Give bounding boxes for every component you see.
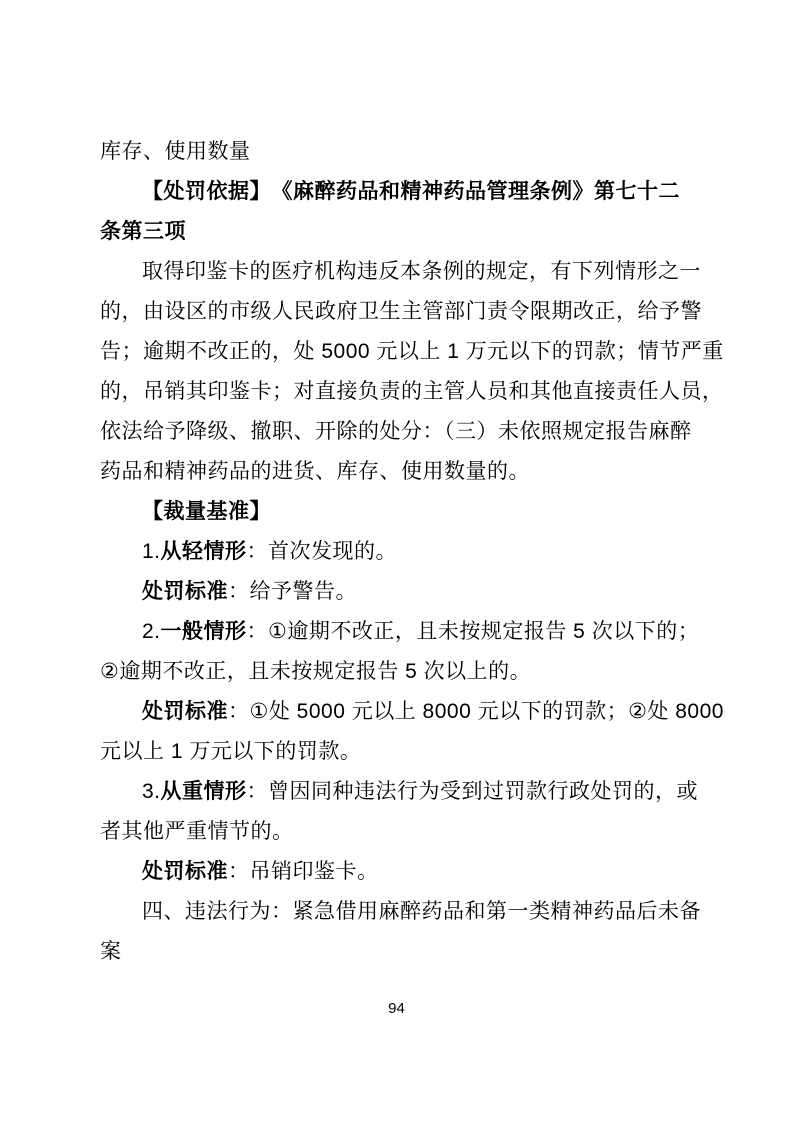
text-segment: 的，由设区的市级人民政府卫生主管部门责令限期改正，给予警 — [100, 300, 702, 323]
text-segment: ：吊销印鉴卡。 — [228, 860, 379, 883]
text-line: 3.从重情形：曾因同种违法行为受到过罚款行政处罚的，或 — [100, 772, 706, 812]
text-line: 2.一般情形：①逾期不改正，且未按规定报告 5 次以下的； — [100, 612, 706, 652]
text-line: 四、违法行为：紧急借用麻醉药品和第一类精神药品后未备 — [100, 892, 706, 932]
text-segment: 1. — [142, 540, 161, 563]
document-page: 库存、使用数量【处罚依据】 《麻醉药品和精神药品管理条例》第七十二条第三项取得印… — [0, 0, 793, 1122]
text-segment: 库存、使用数量 — [100, 140, 251, 163]
bold-text-segment: 从轻情形 — [161, 540, 247, 563]
text-line: 药品和精神药品的进货、库存、使用数量的。 — [100, 452, 706, 492]
text-segment: 3. — [142, 780, 161, 803]
text-line: 的，吊销其印鉴卡；对直接负责的主管人员和其他直接责任人员， — [100, 372, 706, 412]
text-line: 【处罚依据】 《麻醉药品和精神药品管理条例》第七十二 — [100, 172, 706, 212]
text-line: 处罚标准：给予警告。 — [100, 572, 706, 612]
bold-text-segment: 条第三项 — [100, 220, 186, 243]
bold-text-segment: 一般情形 — [161, 620, 247, 643]
text-segment: ：曾因同种违法行为受到过罚款行政处罚的，或 — [247, 780, 699, 803]
text-line: 取得印鉴卡的医疗机构违反本条例的规定，有下列情形之一 — [100, 252, 706, 292]
text-segment: 取得印鉴卡的医疗机构违反本条例的规定，有下列情形之一 — [142, 260, 701, 283]
text-line: 处罚标准：吊销印鉴卡。 — [100, 852, 706, 892]
text-segment: ：①处 5000 元以上 8000 元以下的罚款；②处 8000 — [228, 700, 724, 723]
text-line: 条第三项 — [100, 212, 706, 252]
bold-text-segment: 从重情形 — [161, 780, 247, 803]
text-segment: ：首次发现的。 — [247, 540, 398, 563]
text-line: 处罚标准：①处 5000 元以上 8000 元以下的罚款；②处 8000 — [100, 692, 706, 732]
text-line: 【裁量基准】 — [100, 492, 706, 532]
text-segment: 告；逾期不改正的，处 5000 元以上 1 万元以下的罚款；情节严重 — [100, 340, 724, 363]
page-number: 94 — [0, 999, 793, 1019]
text-segment: 依法给予降级、撤职、开除的处分：（三）未依照规定报告麻醉 — [100, 420, 692, 443]
text-segment: ②逾期不改正，且未按规定报告 5 次以上的。 — [100, 660, 531, 683]
bold-text-segment: 处罚标准 — [142, 700, 228, 723]
text-segment: ：给予警告。 — [228, 580, 357, 603]
bold-text-segment: 处罚标准 — [142, 580, 228, 603]
text-line: 案 — [100, 932, 706, 972]
text-line: 库存、使用数量 — [100, 132, 706, 172]
text-line: 1.从轻情形：首次发现的。 — [100, 532, 706, 572]
bold-text-segment: 【处罚依据】 《麻醉药品和精神药品管理条例》第七十二 — [142, 180, 680, 203]
text-line: 依法给予降级、撤职、开除的处分：（三）未依照规定报告麻醉 — [100, 412, 706, 452]
bold-text-segment: 处罚标准 — [142, 860, 228, 883]
text-segment: 四、违法行为：紧急借用麻醉药品和第一类精神药品后未备 — [142, 900, 701, 923]
text-line: 的，由设区的市级人民政府卫生主管部门责令限期改正，给予警 — [100, 292, 706, 332]
text-segment: ：①逾期不改正，且未按规定报告 5 次以下的； — [247, 620, 700, 643]
text-line: 告；逾期不改正的，处 5000 元以上 1 万元以下的罚款；情节严重 — [100, 332, 706, 372]
text-line: ②逾期不改正，且未按规定报告 5 次以上的。 — [100, 652, 706, 692]
text-segment: 的，吊销其印鉴卡；对直接负责的主管人员和其他直接责任人员， — [100, 380, 724, 403]
text-segment: 者其他严重情节的。 — [100, 820, 294, 843]
text-line: 者其他严重情节的。 — [100, 812, 706, 852]
text-line: 元以上 1 万元以下的罚款。 — [100, 732, 706, 772]
text-segment: 2. — [142, 620, 161, 643]
document-body: 库存、使用数量【处罚依据】 《麻醉药品和精神药品管理条例》第七十二条第三项取得印… — [100, 132, 706, 972]
text-segment: 案 — [100, 940, 122, 963]
text-segment: 元以上 1 万元以下的罚款。 — [100, 740, 361, 763]
text-segment: 药品和精神药品的进货、库存、使用数量的。 — [100, 460, 530, 483]
bold-text-segment: 【裁量基准】 — [142, 500, 271, 523]
